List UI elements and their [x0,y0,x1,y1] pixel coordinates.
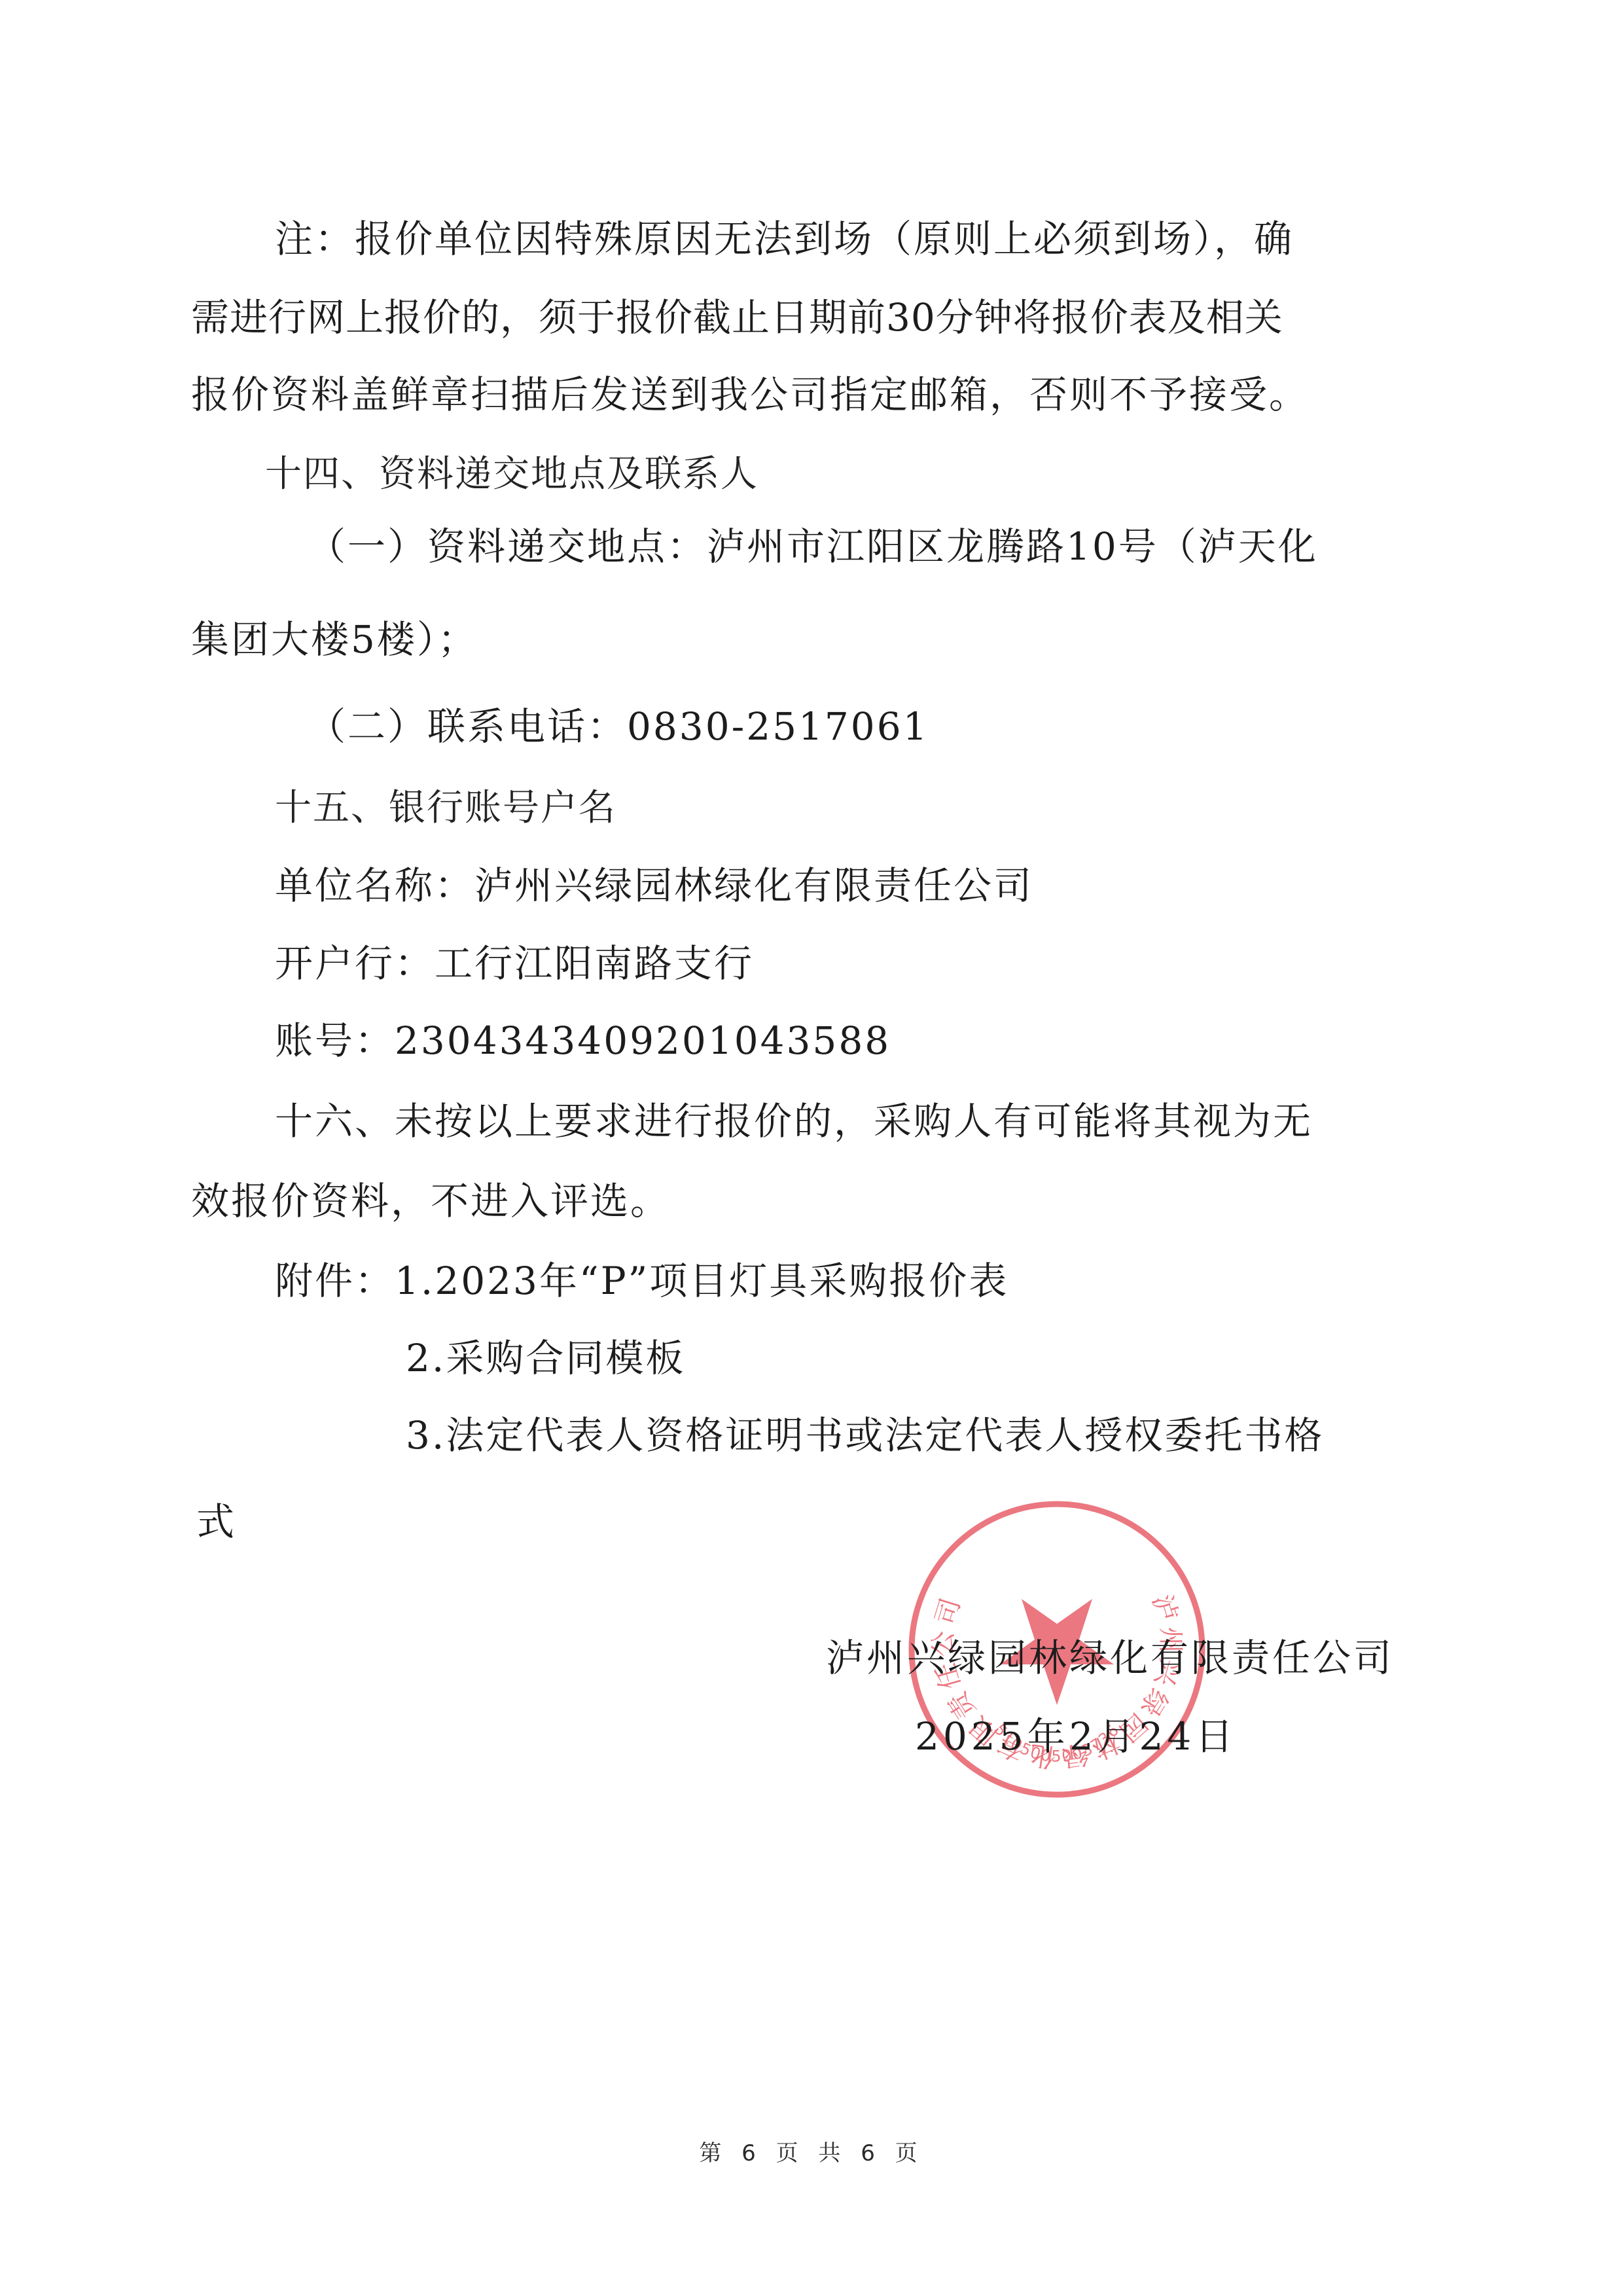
section-15-heading: 十五、银行账号户名 [275,785,616,831]
section-16-line-1: 十六、未按以上要求进行报价的，采购人有可能将其视为无 [275,1098,1313,1144]
unit-name-line: 单位名称：泸州兴绿园林绿化有限责任公司 [275,863,1033,908]
account-line: 账号：2304343409201043588 [275,1018,891,1064]
note-line-2: 需进行网上报价的，须于报价截止日期前30分钟将报价表及相关 [191,295,1283,340]
section-14-heading: 十四、资料递交地点及联系人 [265,452,758,497]
attachment-item-1: 附件：1.2023年“P”项目灯具采购报价表 [275,1258,1008,1304]
attachment-item-3-line-1: 3.法定代表人资格证明书或法定代表人授权委托书格 [406,1412,1324,1458]
note-line-1: 注：报价单位因特殊原因无法到场（原则上必须到场），确 [275,216,1294,262]
address-line-2: 集团大楼5楼）； [191,617,478,662]
address-line-1: （一）资料递交地点：泸州市江阳区龙腾路10号（泸天化 [308,524,1318,569]
attachment-item-3-line-2: 式 [196,1499,236,1545]
document-page: 注：报价单位因特殊原因无法到场（原则上必须到场），确 需进行网上报价的，须于报价… [0,0,1623,2296]
section-16-line-2: 效报价资料，不进入评选。 [191,1178,670,1224]
bank-line: 开户行：工行江阳南路支行 [275,941,754,986]
note-line-3: 报价资料盖鲜章扫描后发送到我公司指定邮箱，否则不予接受。 [191,372,1309,418]
signature-date: 2025年2月24日 [915,1706,1237,1761]
phone-line: （二）联系电话：0830-2517061 [308,704,929,749]
attachment-item-2: 2.采购合同模板 [406,1335,685,1381]
page-number-footer: 第 6 页 共 6 页 [0,2135,1623,2167]
signature-company: 泸州兴绿园林绿化有限责任公司 [826,1627,1394,1682]
